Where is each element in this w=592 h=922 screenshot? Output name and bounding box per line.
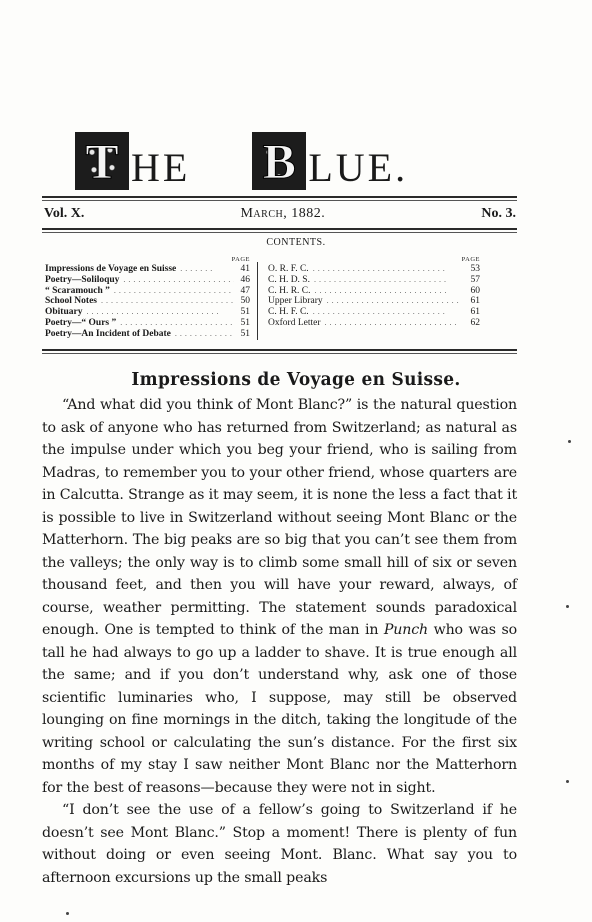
masthead-word-blue: LUE. xyxy=(308,148,408,188)
article-paragraph: “I don’t see the use of a fellow’s going… xyxy=(42,799,517,889)
page-column-header: PAGE xyxy=(45,256,250,264)
scan-speck xyxy=(568,440,571,443)
contents-rule xyxy=(42,349,517,354)
contents-row[interactable]: C. H. R. C............................60 xyxy=(268,286,480,297)
article-paragraph: “And what did you think of Mont Blanc?” … xyxy=(42,394,517,799)
contents-row[interactable]: School Notes...........................5… xyxy=(45,296,250,307)
contents-right-column: PAGE O. R. F. C.........................… xyxy=(268,256,480,329)
article-title: Impressions de Voyage en Suisse. xyxy=(0,370,592,391)
volume-number: Vol. X. xyxy=(44,206,84,222)
contents-row[interactable]: Poetry—An Incident of Debate............… xyxy=(45,329,250,340)
contents-row[interactable]: C. H. F. C............................61 xyxy=(268,307,480,318)
contents-row[interactable]: Oxford Letter...........................… xyxy=(268,318,480,329)
contents-heading: CONTENTS. xyxy=(0,237,592,248)
scan-speck xyxy=(66,912,69,915)
contents-row[interactable]: Poetry—“ Ours ”.........................… xyxy=(45,318,250,329)
page-column-header: PAGE xyxy=(268,256,480,264)
issue-date: March, 1882. xyxy=(240,206,325,222)
article-body: “And what did you think of Mont Blanc?” … xyxy=(42,394,517,889)
contents-row[interactable]: O. R. F. C............................53 xyxy=(268,264,480,275)
masthead-rule xyxy=(42,196,517,201)
contents-row[interactable]: Impressions de Voyage en Suisse.......41 xyxy=(45,264,250,275)
contents-row[interactable]: Upper Library...........................… xyxy=(268,296,480,307)
contents-left-column: PAGE Impressions de Voyage en Suisse....… xyxy=(45,256,250,340)
masthead: T HE B LUE. xyxy=(75,120,408,190)
contents-row[interactable]: “ Scaramouch ”..........................… xyxy=(45,286,250,297)
contents-column-divider xyxy=(257,262,258,340)
contents-row[interactable]: C. H. D. S............................57 xyxy=(268,275,480,286)
magazine-page: T HE B LUE. Vol. X. March, 1882. No. 3. … xyxy=(0,0,592,922)
scan-speck xyxy=(566,780,569,783)
issue-number: No. 3. xyxy=(481,206,516,222)
contents-row[interactable]: Poetry—Soliloquy........................… xyxy=(45,275,250,286)
initial-letter: T xyxy=(85,136,118,186)
publication-name: Punch xyxy=(384,622,428,638)
issue-line: Vol. X. March, 1882. No. 3. xyxy=(44,206,516,222)
masthead-word-the: HE xyxy=(131,148,190,188)
initial-letter: B xyxy=(263,136,296,186)
scan-speck xyxy=(566,605,569,608)
decorated-initial-b: B xyxy=(252,132,306,190)
issue-rule xyxy=(42,228,517,233)
contents-row[interactable]: Obituary...........................51 xyxy=(45,307,250,318)
decorated-initial-t: T xyxy=(75,132,129,190)
